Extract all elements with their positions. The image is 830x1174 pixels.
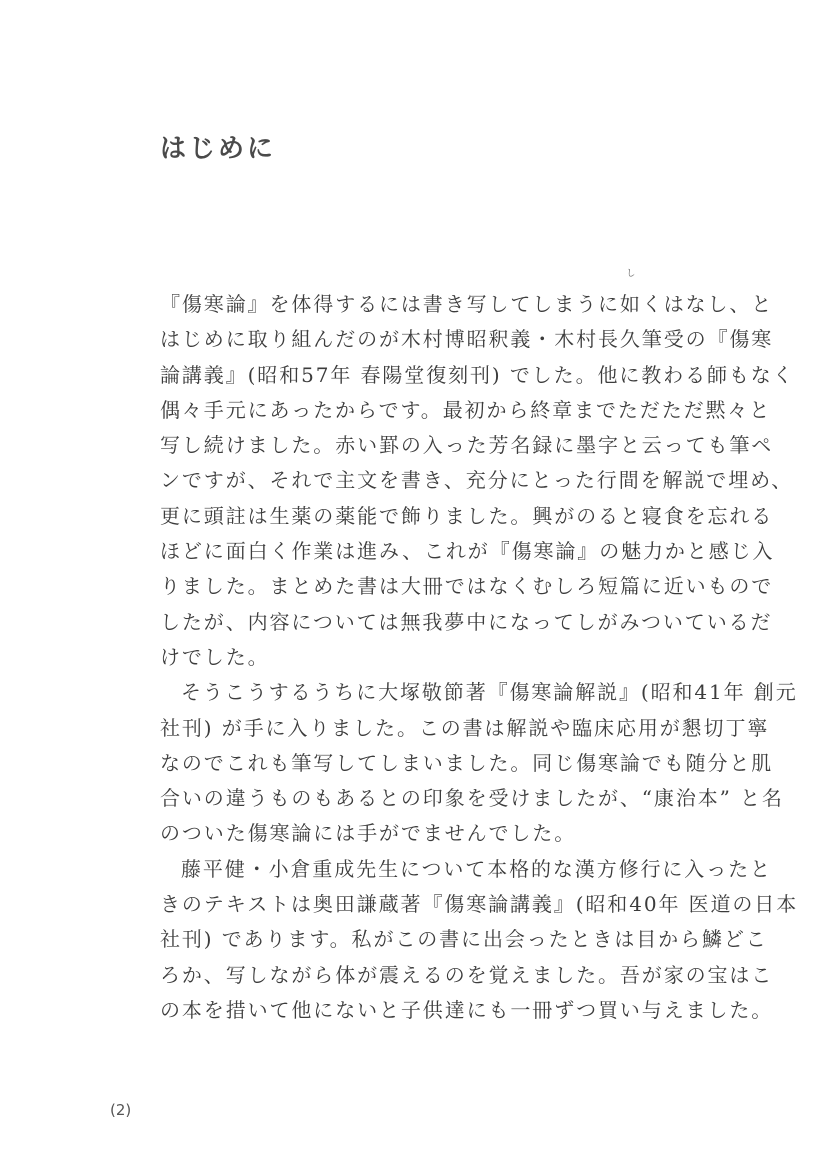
paragraph-2: そうこうするうちに大塚敬節著『傷寒論解説』(昭和41年 創元 社刊) が手に入り… <box>160 675 730 851</box>
text-segment: 『傷寒論』を体得するには書き写してしまうに <box>160 292 620 316</box>
text-line: けでした。 <box>160 640 730 675</box>
text-line: 『傷寒論』を体得するには書き写してしまうにし如くはなし、と <box>160 287 730 322</box>
text-line: 社刊) が手に入りました。この書は解説や臨床応用が懇切丁寧 <box>160 711 730 746</box>
text-line: りました。まとめた書は大冊ではなくむしろ短篇に近いもので <box>160 569 730 604</box>
text-line: のついた傷寒論には手がでませんでした。 <box>160 816 730 851</box>
ruby-base: 如 <box>620 292 642 316</box>
text-line: 論講義』(昭和57年 春陽堂復刻刊) でした。他に教わる師もなく <box>160 358 730 393</box>
ruby-reading: し <box>626 270 635 279</box>
text-line: きのテキストは奥田謙蔵著『傷寒論講義』(昭和40年 医道の日本 <box>160 887 730 922</box>
text-line: 更に頭註は生薬の薬能で飾りました。興がのると寝食を忘れる <box>160 499 730 534</box>
text-line: 社刊) であります。私がこの書に出会ったときは目から鱗どこ <box>160 922 730 957</box>
body-text: 『傷寒論』を体得するには書き写してしまうにし如くはなし、と はじめに取り組んだの… <box>160 287 730 1028</box>
text-line: そうこうするうちに大塚敬節著『傷寒論解説』(昭和41年 創元 <box>160 675 730 710</box>
paragraph-1: 『傷寒論』を体得するには書き写してしまうにし如くはなし、と はじめに取り組んだの… <box>160 287 730 675</box>
text-line: ろか、写しながら体が震えるのを覚えました。吾が家の宝はこ <box>160 958 730 993</box>
text-segment: くはなし、と <box>642 292 773 316</box>
text-line: したが、内容については無我夢中になってしがみついているだ <box>160 605 730 640</box>
text-line: なのでこれも筆写してしまいました。同じ傷寒論でも随分と肌 <box>160 746 730 781</box>
text-line: 写し続けました。赤い罫の入った芳名録に墨字と云っても筆ペ <box>160 428 730 463</box>
text-line: の本を措いて他にないと子供達にも一冊ずつ買い与えました。 <box>160 993 730 1028</box>
ruby-annotation: し如 <box>620 287 642 322</box>
text-line: はじめに取り組んだのが木村博昭釈義・木村長久筆受の『傷寒 <box>160 322 730 357</box>
page-title: はじめに <box>160 128 276 165</box>
text-line: ンですが、それで主文を書き、充分にとった行間を解説で埋め、 <box>160 463 730 498</box>
paragraph-3: 藤平健・小倉重成先生について本格的な漢方修行に入ったと きのテキストは奥田謙蔵著… <box>160 852 730 1028</box>
text-line: 偶々手元にあったからです。最初から終章までただただ黙々と <box>160 393 730 428</box>
page-number: (2) <box>110 1101 131 1119</box>
text-line: 合いの違うものもあるとの印象を受けましたが、“康治本” と名 <box>160 781 730 816</box>
text-line: 藤平健・小倉重成先生について本格的な漢方修行に入ったと <box>160 852 730 887</box>
document-page: はじめに 『傷寒論』を体得するには書き写してしまうにし如くはなし、と はじめに取… <box>0 0 830 1174</box>
text-line: ほどに面白く作業は進み、これが『傷寒論』の魅力かと感じ入 <box>160 534 730 569</box>
